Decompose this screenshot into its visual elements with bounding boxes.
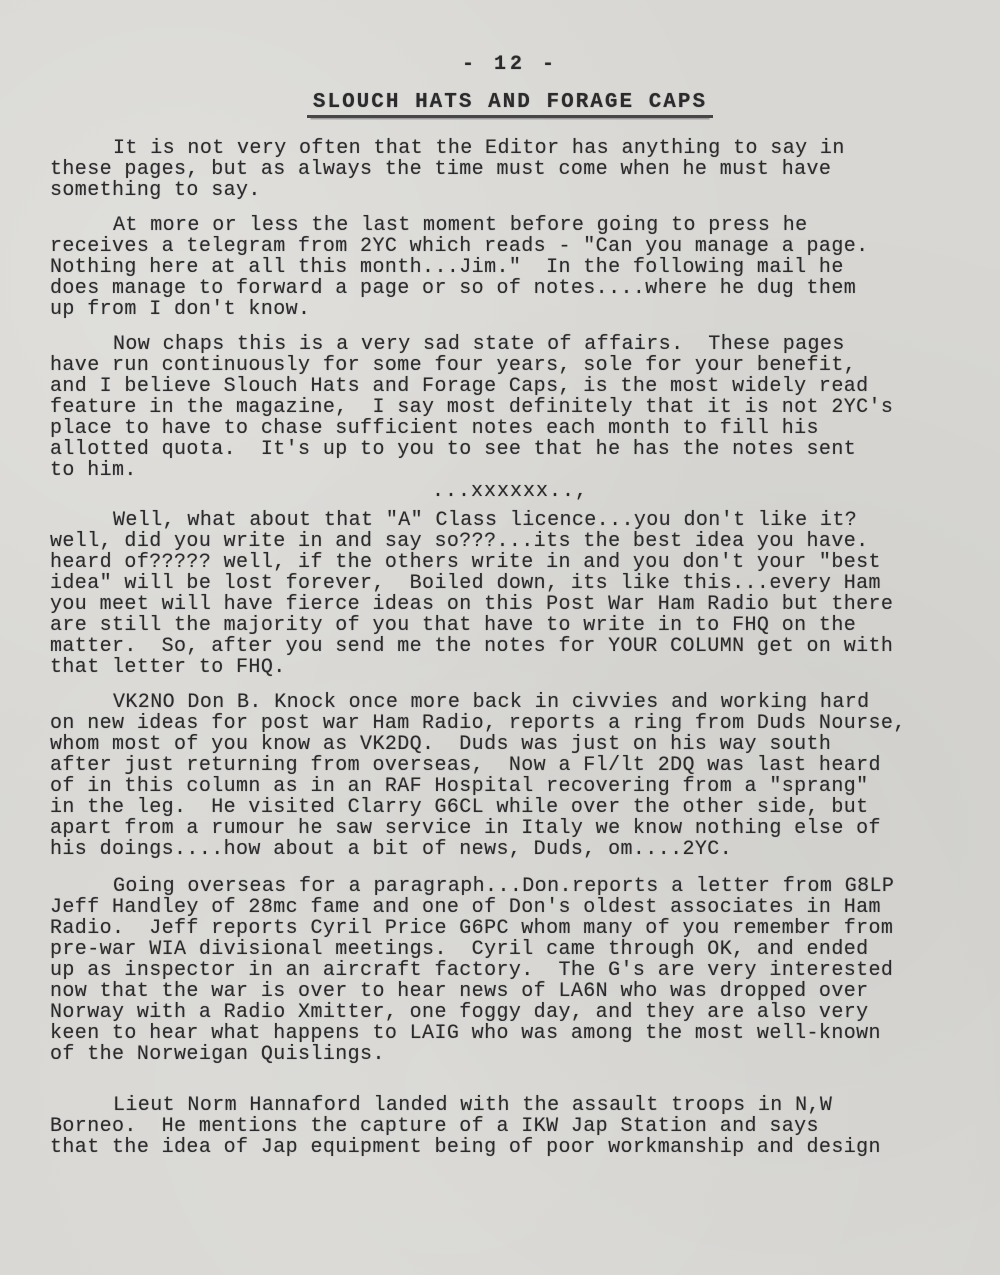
paragraph: VK2NO Don B. Knock once more back in civ…: [50, 692, 970, 860]
text-line: you meet will have fierce ideas on this …: [50, 594, 970, 615]
text-line: pre-war WIA divisional meetings. Cyril c…: [50, 939, 970, 960]
text-line: these pages, but as always the time must…: [50, 159, 970, 180]
text-line: and I believe Slouch Hats and Forage Cap…: [50, 376, 970, 397]
text-line: apart from a rumour he saw service in It…: [50, 818, 970, 839]
text-line: now that the war is over to hear news of…: [50, 981, 970, 1002]
text-line: up from I don't know.: [50, 299, 970, 320]
page-number: - 12 -: [50, 54, 970, 75]
text-line: on new ideas for post war Ham Radio, rep…: [50, 713, 970, 734]
text-line: receives a telegram from 2YC which reads…: [50, 236, 970, 257]
text-line: after just returning from overseas, Now …: [50, 755, 970, 776]
text-line: in the leg. He visited Clarry G6CL while…: [50, 797, 970, 818]
paragraph: Now chaps this is a very sad state of af…: [50, 334, 970, 481]
text-line: Now chaps this is a very sad state of af…: [50, 334, 970, 355]
title-row: SLOUCH HATS AND FORAGE CAPS: [50, 92, 970, 118]
text-line: that the idea of Jap equipment being of …: [50, 1137, 970, 1158]
text-line: something to say.: [50, 180, 970, 201]
text-line: ...xxxxxx..,: [50, 481, 970, 502]
text-line: It is not very often that the Editor has…: [50, 138, 970, 159]
text-line: Jeff Handley of 28mc fame and one of Don…: [50, 897, 970, 918]
page-title: SLOUCH HATS AND FORAGE CAPS: [307, 92, 713, 118]
paragraph: It is not very often that the Editor has…: [50, 138, 970, 201]
text-line: heard of????? well, if the others write …: [50, 552, 970, 573]
text-line: Going overseas for a paragraph...Don.rep…: [50, 876, 970, 897]
text-line: idea" will be lost forever, Boiled down,…: [50, 573, 970, 594]
text-line: are still the majority of you that have …: [50, 615, 970, 636]
scanned-document-page: - 12 - SLOUCH HATS AND FORAGE CAPS It is…: [0, 0, 1000, 1275]
text-line: of the Norweigan Quislings.: [50, 1044, 970, 1065]
text-line: well, did you write in and say so???...i…: [50, 531, 970, 552]
text-line: whom most of you know as VK2DQ. Duds was…: [50, 734, 970, 755]
section-separator: ...xxxxxx..,: [50, 481, 970, 502]
paragraph: Well, what about that "A" Class licence.…: [50, 510, 970, 678]
text-line: keen to hear what happens to LAIG who wa…: [50, 1023, 970, 1044]
text-line: have run continuously for some four year…: [50, 355, 970, 376]
paragraph: Going overseas for a paragraph...Don.rep…: [50, 876, 970, 1065]
paragraph: Lieut Norm Hannaford landed with the ass…: [50, 1095, 970, 1158]
text-line: feature in the magazine, I say most defi…: [50, 397, 970, 418]
text-line: to him.: [50, 460, 970, 481]
text-line: up as inspector in an aircraft factory. …: [50, 960, 970, 981]
text-line: matter. So, after you send me the notes …: [50, 636, 970, 657]
paragraph: At more or less the last moment before g…: [50, 215, 970, 320]
text-line: Lieut Norm Hannaford landed with the ass…: [50, 1095, 970, 1116]
text-line: At more or less the last moment before g…: [50, 215, 970, 236]
text-line: Radio. Jeff reports Cyril Price G6PC who…: [50, 918, 970, 939]
text-line: Well, what about that "A" Class licence.…: [50, 510, 970, 531]
text-line: of in this column as in an RAF Hospital …: [50, 776, 970, 797]
text-line: allotted quota. It's up to you to see th…: [50, 439, 970, 460]
text-line: does manage to forward a page or so of n…: [50, 278, 970, 299]
text-line: place to have to chase sufficient notes …: [50, 418, 970, 439]
text-line: Norway with a Radio Xmitter, one foggy d…: [50, 1002, 970, 1023]
text-line: Borneo. He mentions the capture of a IKW…: [50, 1116, 970, 1137]
text-line: VK2NO Don B. Knock once more back in civ…: [50, 692, 970, 713]
text-line: that letter to FHQ.: [50, 657, 970, 678]
document-body: - 12 - SLOUCH HATS AND FORAGE CAPS It is…: [0, 0, 1000, 1158]
text-line: his doings....how about a bit of news, D…: [50, 839, 970, 860]
document-content: It is not very often that the Editor has…: [50, 138, 970, 1158]
text-line: Nothing here at all this month...Jim." I…: [50, 257, 970, 278]
